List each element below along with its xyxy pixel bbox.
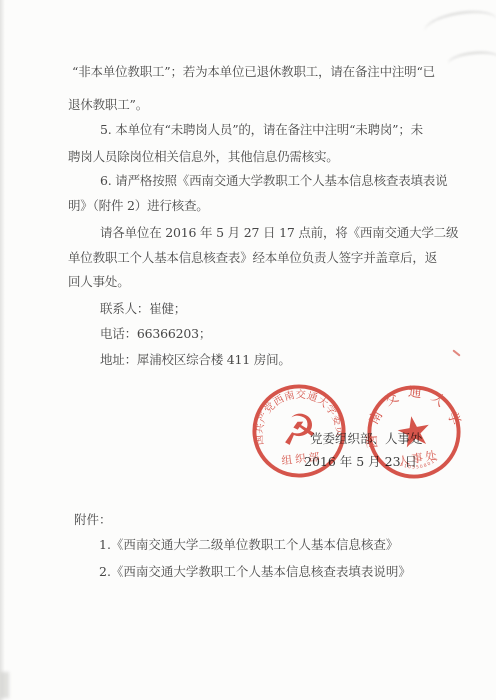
contact-person-line: 联系人：崔健；	[100, 299, 186, 317]
body-line: 退休教职工”。	[68, 95, 148, 113]
hr-office-seal: 西南交通大学 ★ 人事处 5105508011	[357, 375, 471, 489]
body-line: 请各单位在 2016 年 5 月 27 日 17 点前，将《西南交通大学二级	[100, 223, 458, 241]
red-stray-mark	[452, 349, 460, 356]
attachment-item: 1.《西南交通大学二级单位教职工个人基本信息核查》	[99, 535, 398, 553]
contact-address-line: 地址：犀浦校区综合楼 411 房间。	[100, 350, 291, 368]
body-line: 6. 请严格按照《西南交通大学教职工个人基本信息核查表填表说	[100, 171, 447, 189]
body-line: “非本单位教职工”；若为本单位已退休教职工，请在备注中注明“已	[72, 62, 435, 80]
contact-phone-line: 电话：66366203；	[100, 324, 211, 342]
body-line: 单位教职工个人基本信息核查表》经本单位负责人签字并盖章后，返	[68, 248, 437, 266]
scanned-document-page: “非本单位教职工”；若为本单位已退休教职工，请在备注中注明“已 退休教职工”。 …	[0, 0, 496, 700]
scan-smudge	[422, 6, 496, 45]
body-line: 聘岗人员除岗位相关信息外，其他信息仍需核实。	[68, 147, 339, 165]
scan-edge-shadow	[0, 0, 5, 700]
attachments-label: 附件：	[74, 510, 112, 528]
body-line: 明》（附件 2）进行核查。	[68, 196, 209, 214]
body-line: 回人事处。	[68, 272, 130, 290]
scan-smudge	[447, 49, 496, 72]
body-line: 5. 本单位有“未聘岗人员”的，请在备注中注明“未聘岗”；未	[100, 120, 423, 138]
scan-corner-blot	[0, 672, 9, 698]
attachment-item: 2.《西南交通大学教职工个人基本信息核查表填表说明》	[99, 562, 411, 580]
party-committee-seal: 中国共产党西南交通大学委员会 ☭ 组织部	[245, 377, 353, 485]
hammer-sickle-icon: ☭	[278, 404, 320, 456]
